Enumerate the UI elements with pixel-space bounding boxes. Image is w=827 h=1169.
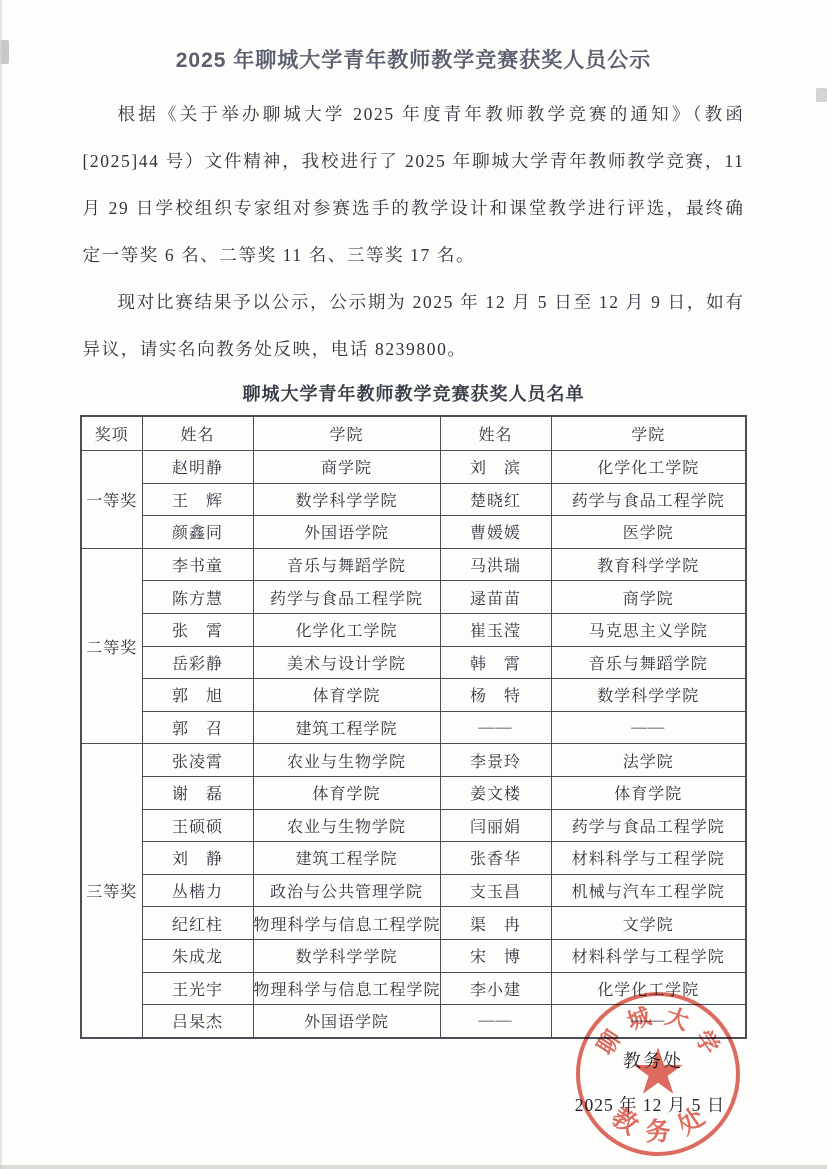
college-cell: 商学院: [551, 581, 746, 614]
name-cell: 李书童: [142, 548, 253, 581]
table-header-row: 奖项姓名学院姓名学院: [81, 416, 746, 451]
table-row: 陈方慧药学与食品工程学院逯苗苗商学院: [81, 581, 746, 614]
name-cell: ——: [440, 1005, 551, 1038]
scan-edge: [0, 1165, 827, 1169]
name-cell: 李小建: [440, 972, 551, 1005]
name-cell: 岳彩静: [142, 646, 253, 679]
column-header: 姓名: [440, 416, 551, 451]
name-cell: ——: [440, 711, 551, 744]
college-cell: 文学院: [551, 907, 746, 940]
table-row: 刘 静建筑工程学院张香华材料科学与工程学院: [81, 842, 746, 875]
college-cell: 音乐与舞蹈学院: [253, 548, 440, 581]
name-cell: 支玉昌: [440, 874, 551, 907]
college-cell: 药学与食品工程学院: [551, 809, 746, 842]
table-row: 颜鑫同外国语学院曹媛媛医学院: [81, 516, 746, 549]
college-cell: 体育学院: [253, 679, 440, 712]
name-cell: 张凌霄: [142, 744, 253, 777]
college-cell: 物理科学与信息工程学院: [253, 972, 440, 1005]
name-cell: 郭 旭: [142, 679, 253, 712]
name-cell: 李景玲: [440, 744, 551, 777]
table-title: 聊城大学青年教师教学竞赛获奖人员名单: [0, 380, 827, 406]
name-cell: 刘 滨: [440, 451, 551, 484]
award-group-label: 二等奖: [81, 548, 142, 744]
name-cell: 韩 霄: [440, 646, 551, 679]
table-row: 王硕硕农业与生物学院闫丽娟药学与食品工程学院: [81, 809, 746, 842]
column-header: 学院: [551, 416, 746, 451]
name-cell: 谢 磊: [142, 776, 253, 809]
college-cell: 商学院: [253, 451, 440, 484]
college-cell: 法学院: [551, 744, 746, 777]
college-cell: 建筑工程学院: [253, 711, 440, 744]
document-title: 2025 年聊城大学青年教师教学竞赛获奖人员公示: [0, 0, 827, 74]
college-cell: 体育学院: [551, 776, 746, 809]
college-cell: 外国语学院: [253, 1005, 440, 1038]
name-cell: 闫丽娟: [440, 809, 551, 842]
name-cell: 马洪瑞: [440, 548, 551, 581]
college-cell: 农业与生物学院: [253, 744, 440, 777]
table-row: 丛楷力政治与公共管理学院支玉昌机械与汽车工程学院: [81, 874, 746, 907]
name-cell: 楚晓红: [440, 483, 551, 516]
college-cell: 政治与公共管理学院: [253, 874, 440, 907]
name-cell: 逯苗苗: [440, 581, 551, 614]
signature-date: 2025 年 12 月 5 日: [570, 1092, 730, 1117]
college-cell: 材料科学与工程学院: [551, 842, 746, 875]
name-cell: 杨 特: [440, 679, 551, 712]
college-cell: 教育科学学院: [551, 548, 746, 581]
name-cell: 丛楷力: [142, 874, 253, 907]
college-cell: 数学科学学院: [551, 679, 746, 712]
college-cell: ——: [551, 711, 746, 744]
table-row: 张 霄化学化工学院崔玉滢马克思主义学院: [81, 613, 746, 646]
college-cell: 农业与生物学院: [253, 809, 440, 842]
name-cell: 王 辉: [142, 483, 253, 516]
name-cell: 朱成龙: [142, 939, 253, 972]
scan-artifact: [816, 88, 827, 102]
college-cell: 医学院: [551, 516, 746, 549]
signature-department: 教务处: [598, 1047, 708, 1073]
award-group-label: 一等奖: [81, 451, 142, 549]
college-cell: 建筑工程学院: [253, 842, 440, 875]
name-cell: 刘 静: [142, 842, 253, 875]
college-cell: 机械与汽车工程学院: [551, 874, 746, 907]
college-cell: 数学科学学院: [253, 939, 440, 972]
college-cell: ——: [551, 1005, 746, 1038]
college-cell: 马克思主义学院: [551, 613, 746, 646]
paragraph-notice: 根据《关于举办聊城大学 2025 年度青年教师教学竞赛的通知》（教函[2025]…: [83, 91, 745, 279]
award-group-label: 三等奖: [81, 744, 142, 1038]
scan-edge: [0, 0, 2, 1169]
table-row: 二等奖李书童音乐与舞蹈学院马洪瑞教育科学学院: [81, 548, 746, 581]
name-cell: 宋 博: [440, 939, 551, 972]
table-row: 纪红柱物理科学与信息工程学院渠 冉文学院: [81, 907, 746, 940]
college-cell: 化学化工学院: [551, 451, 746, 484]
awards-table-body: 一等奖赵明静商学院刘 滨化学化工学院王 辉数学科学学院楚晓红药学与食品工程学院颜…: [81, 451, 746, 1038]
table-row: 吕杲杰外国语学院————: [81, 1005, 746, 1038]
college-cell: 外国语学院: [253, 516, 440, 549]
table-row: 岳彩静美术与设计学院韩 霄音乐与舞蹈学院: [81, 646, 746, 679]
table-row: 谢 磊体育学院姜文楼体育学院: [81, 776, 746, 809]
college-cell: 材料科学与工程学院: [551, 939, 746, 972]
college-cell: 音乐与舞蹈学院: [551, 646, 746, 679]
awards-table: 奖项姓名学院姓名学院 一等奖赵明静商学院刘 滨化学化工学院王 辉数学科学学院楚晓…: [80, 415, 747, 1039]
table-row: 郭 旭体育学院杨 特数学科学学院: [81, 679, 746, 712]
college-cell: 数学科学学院: [253, 483, 440, 516]
college-cell: 化学化工学院: [253, 613, 440, 646]
table-row: 一等奖赵明静商学院刘 滨化学化工学院: [81, 451, 746, 484]
column-header: 奖项: [81, 416, 142, 451]
table-row: 朱成龙数学科学学院宋 博材料科学与工程学院: [81, 939, 746, 972]
college-cell: 药学与食品工程学院: [551, 483, 746, 516]
name-cell: 王硕硕: [142, 809, 253, 842]
name-cell: 王光宇: [142, 972, 253, 1005]
name-cell: 张香华: [440, 842, 551, 875]
column-header: 学院: [253, 416, 440, 451]
table-row: 郭 召建筑工程学院————: [81, 711, 746, 744]
name-cell: 陈方慧: [142, 581, 253, 614]
name-cell: 颜鑫同: [142, 516, 253, 549]
college-cell: 体育学院: [253, 776, 440, 809]
table-row: 王 辉数学科学学院楚晓红药学与食品工程学院: [81, 483, 746, 516]
name-cell: 渠 冉: [440, 907, 551, 940]
seal-dept-char: 务: [645, 1112, 670, 1148]
table-row: 王光宇物理科学与信息工程学院李小建化学化工学院: [81, 972, 746, 1005]
name-cell: 姜文楼: [440, 776, 551, 809]
paragraph-publicity: 现对比赛结果予以公示，公示期为 2025 年 12 月 5 日至 12 月 9 …: [83, 279, 745, 373]
college-cell: 物理科学与信息工程学院: [253, 907, 440, 940]
college-cell: 化学化工学院: [551, 972, 746, 1005]
name-cell: 吕杲杰: [142, 1005, 253, 1038]
college-cell: 美术与设计学院: [253, 646, 440, 679]
document-page: 2025 年聊城大学青年教师教学竞赛获奖人员公示 根据《关于举办聊城大学 202…: [0, 0, 827, 1169]
column-header: 姓名: [142, 416, 253, 451]
name-cell: 纪红柱: [142, 907, 253, 940]
college-cell: 药学与食品工程学院: [253, 581, 440, 614]
name-cell: 崔玉滢: [440, 613, 551, 646]
name-cell: 曹媛媛: [440, 516, 551, 549]
name-cell: 赵明静: [142, 451, 253, 484]
name-cell: 张 霄: [142, 613, 253, 646]
name-cell: 郭 召: [142, 711, 253, 744]
table-row: 三等奖张凌霄农业与生物学院李景玲法学院: [81, 744, 746, 777]
